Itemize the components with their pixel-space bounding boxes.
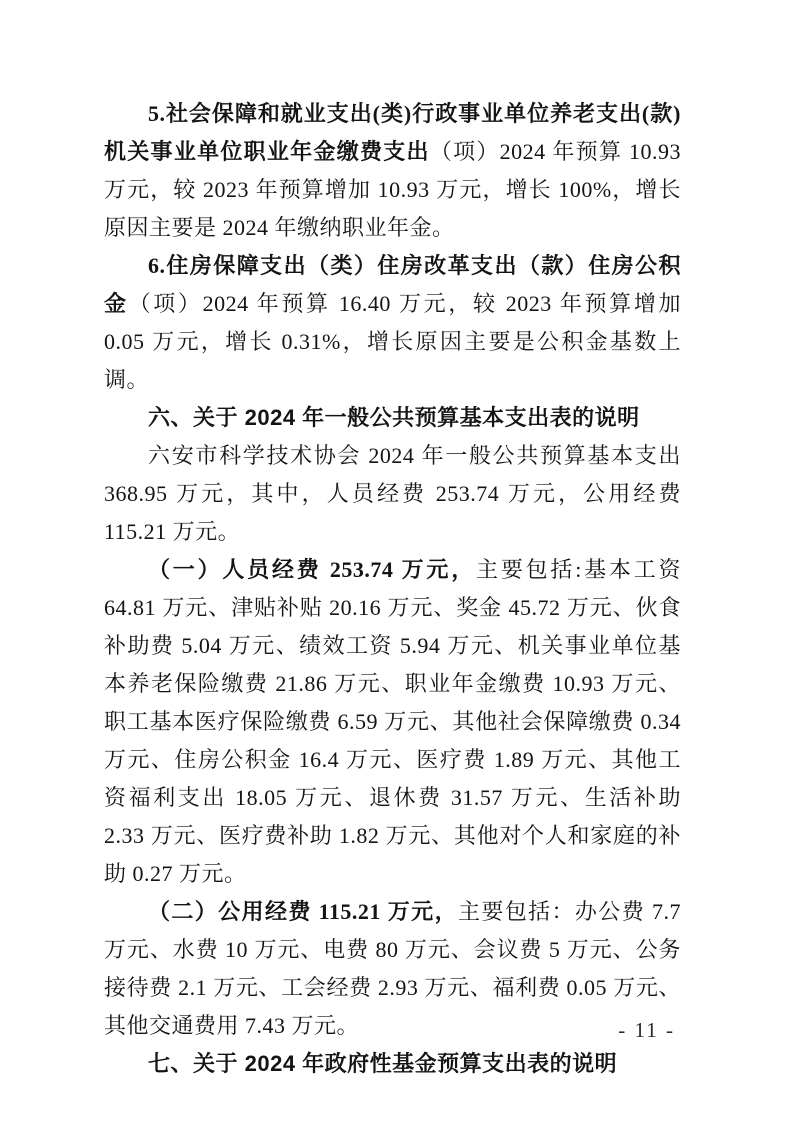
paragraph-item6-body: （项）2024 年预算 16.40 万元，较 2023 年预算增加 0.05 万… bbox=[104, 291, 681, 392]
paragraph-item6: 6.住房保障支出（类）住房改革支出（款）住房公积金（项）2024 年预算 16.… bbox=[104, 247, 681, 399]
document-text-block: 5.社会保障和就业支出(类)行政事业单位养老支出(款)机关事业单位职业年金缴费支… bbox=[104, 95, 681, 1083]
paragraph-item5: 5.社会保障和就业支出(类)行政事业单位养老支出(款)机关事业单位职业年金缴费支… bbox=[104, 95, 681, 247]
section-heading-six: 六、关于 2024 年一般公共预算基本支出表的说明 bbox=[104, 399, 681, 437]
page-number: - 11 - bbox=[0, 1016, 675, 1044]
paragraph-overview: 六安市科学技术协会 2024 年一般公共预算基本支出 368.95 万元，其中，… bbox=[104, 437, 681, 551]
document-page: 5.社会保障和就业支出(类)行政事业单位养老支出(款)机关事业单位职业年金缴费支… bbox=[0, 0, 793, 1122]
paragraph-personnel-bold-lead: （一）人员经费 253.74 万元， bbox=[148, 557, 476, 582]
paragraph-personnel-expense: （一）人员经费 253.74 万元，主要包括:基本工资 64.81 万元、津贴补… bbox=[104, 551, 681, 893]
section-heading-seven: 七、关于 2024 年政府性基金预算支出表的说明 bbox=[104, 1045, 681, 1083]
paragraph-public-funds-bold-lead: （二）公用经费 115.21 万元， bbox=[148, 899, 458, 924]
paragraph-personnel-body: 主要包括:基本工资 64.81 万元、津贴补贴 20.16 万元、奖金 45.7… bbox=[104, 557, 681, 886]
